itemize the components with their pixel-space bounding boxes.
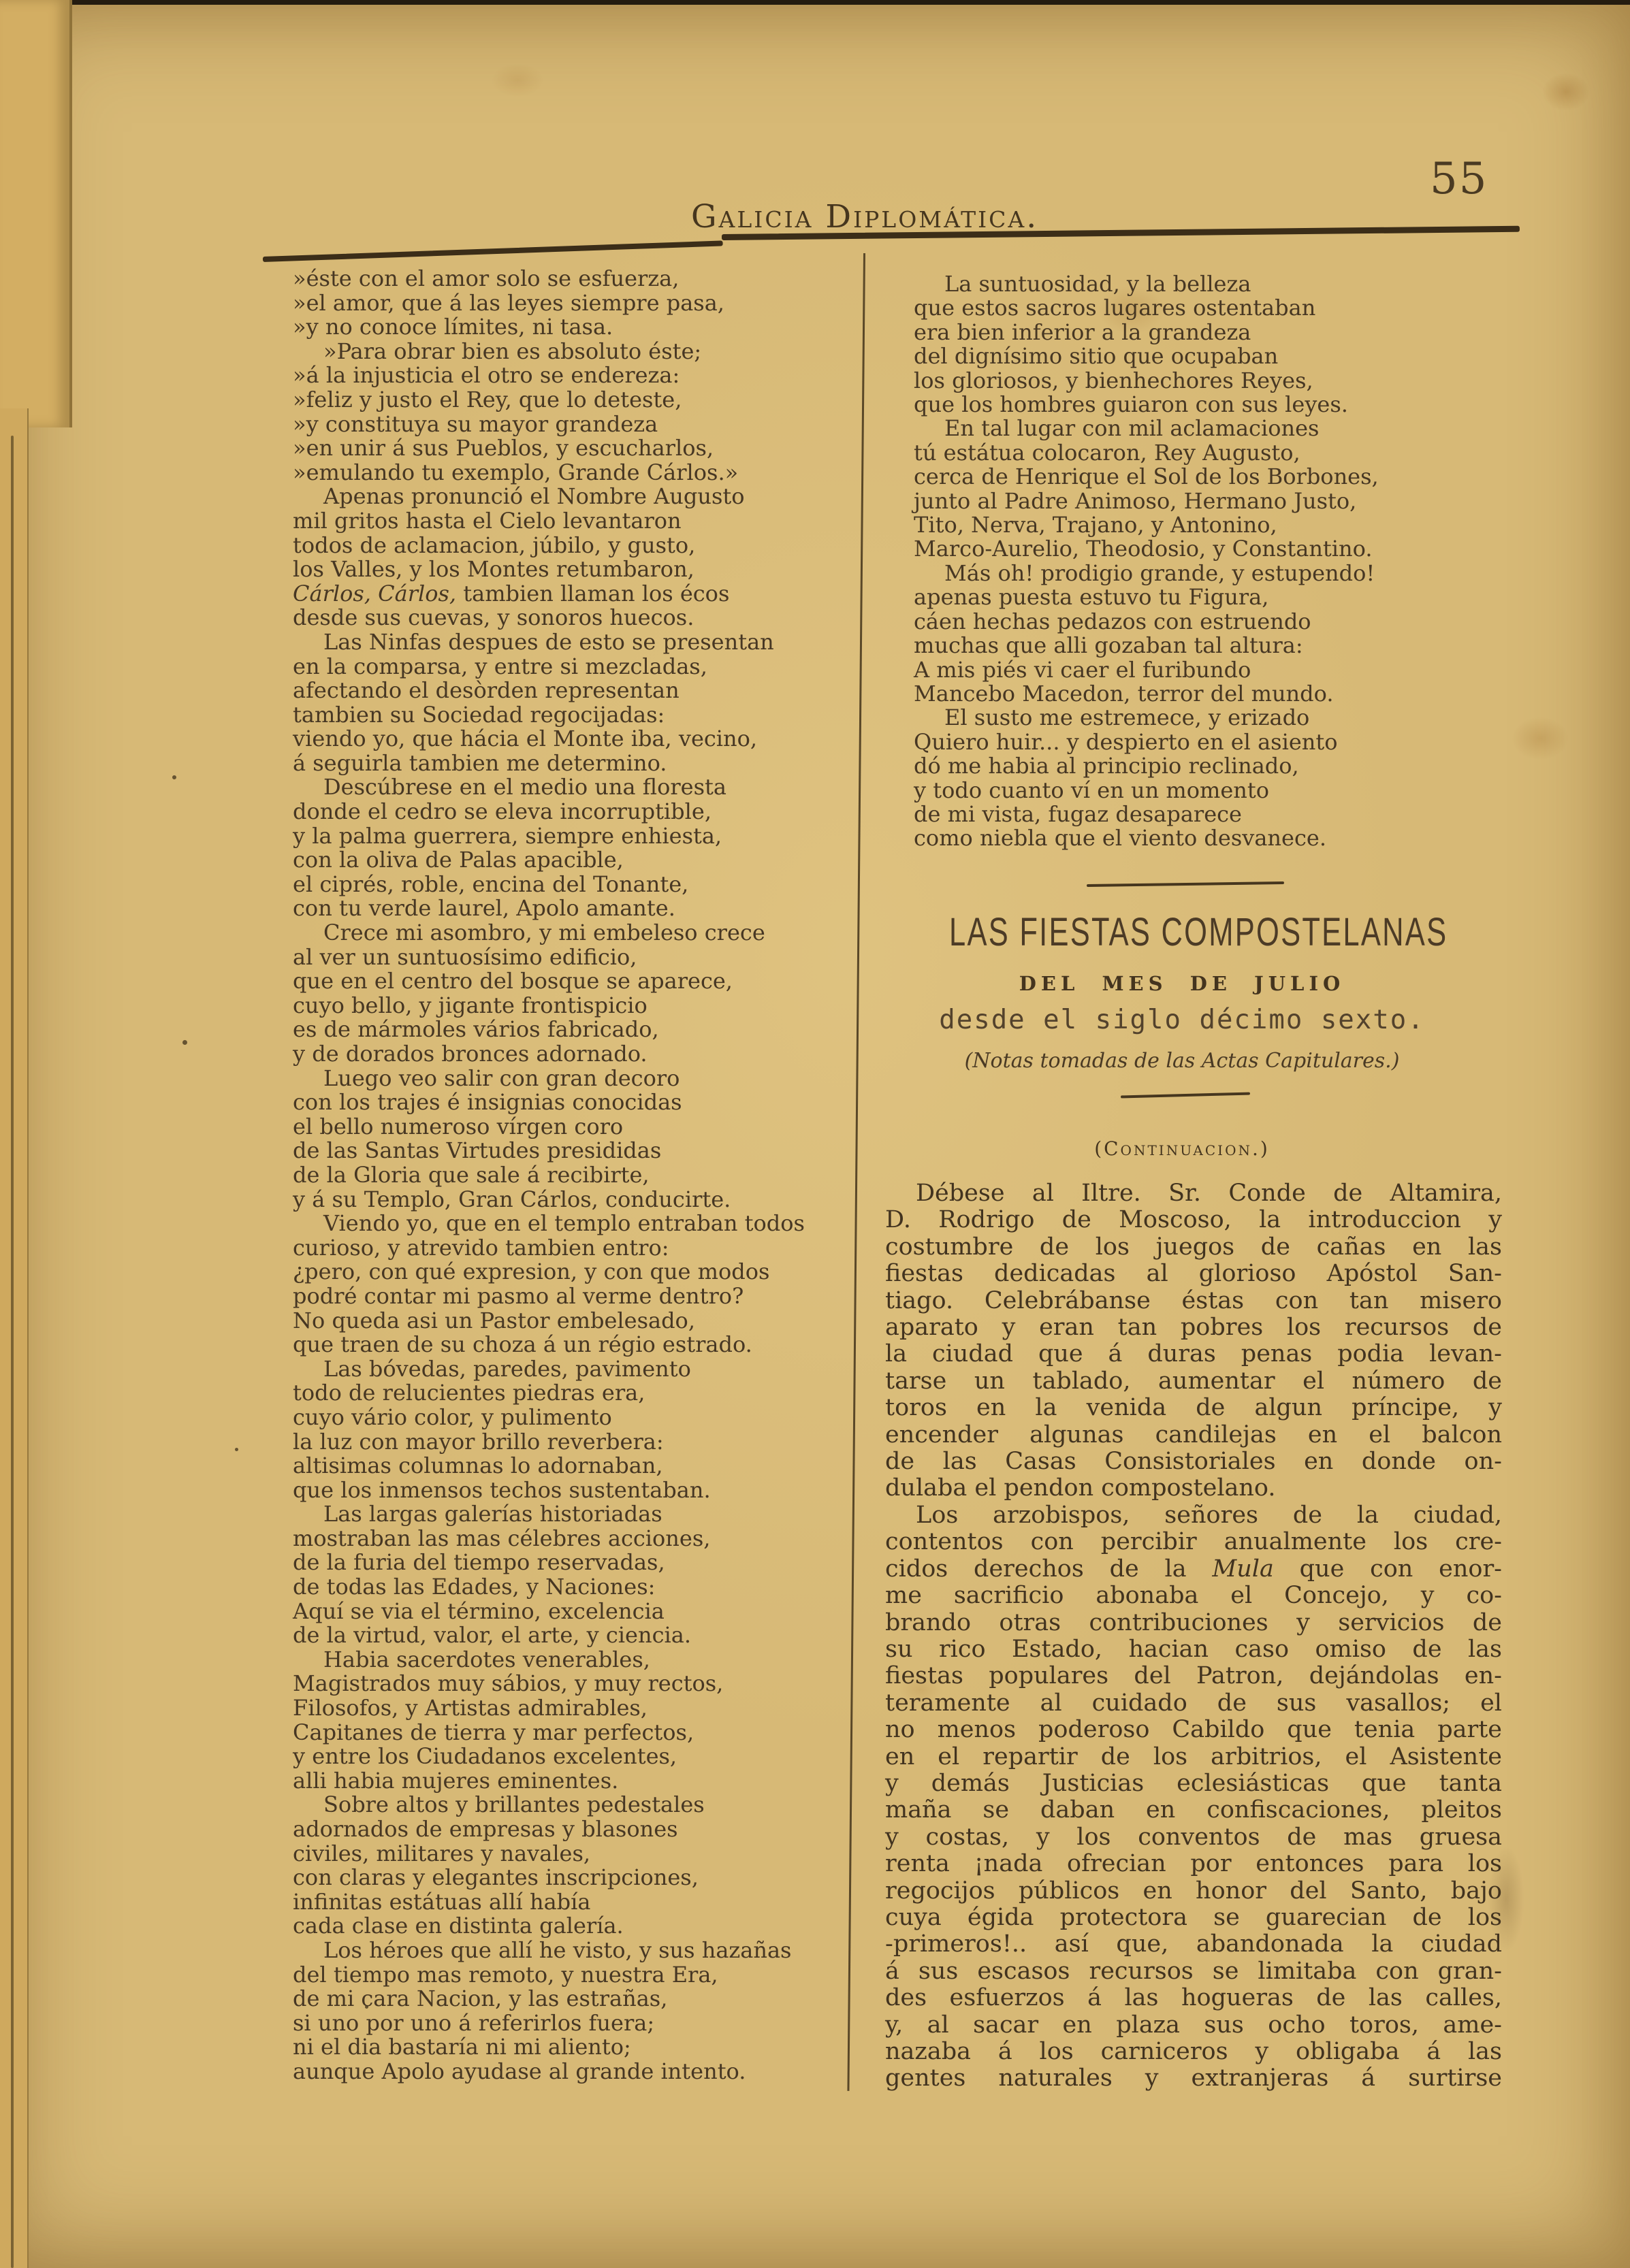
line-indent <box>293 1957 323 1958</box>
text-segment: que traen de su choza á un régio estrado… <box>293 1331 752 1357</box>
line-indent <box>885 1522 916 1523</box>
text-segment: Mancebo Macedon, terror del mundo. <box>914 681 1334 707</box>
italic-text: Cárlos, Cárlos, <box>293 581 456 606</box>
text-segment: »éste con el amor solo se esfuerza, <box>293 265 679 291</box>
italic-text: Mula <box>1212 1555 1273 1583</box>
text-segment: Los arzobispos, señores de la ciudad, <box>916 1502 1502 1529</box>
prose-line: y, al sacar en plaza sus ocho toros, ame… <box>885 2012 1502 2039</box>
text-segment: la luz con mayor brillo reverbera: <box>293 1429 664 1455</box>
text-segment: y, al sacar en plaza sus ocho toros, ame… <box>885 2011 1502 2039</box>
poem-line: En tal lugar con mil aclamaciones <box>914 417 1499 440</box>
text-segment: todo de relucientes piedras era, <box>293 1380 645 1406</box>
poem-line: que traen de su choza á un régio estrado… <box>293 1333 818 1357</box>
text-segment: No queda asi un Pastor embelesado, <box>293 1308 695 1333</box>
text-segment: renta ¡nada ofrecian por entonces para l… <box>885 1850 1502 1877</box>
text-segment: tambien llaman los écos <box>456 581 729 606</box>
text-segment: á sus escasos recursos se limitaba con g… <box>885 1958 1502 1985</box>
poem-line: tú estátua colocaron, Rey Augusto, <box>914 441 1499 465</box>
text-segment: cuyo vário color, y pulimento <box>293 1404 612 1430</box>
poem-line: adornados de empresas y blasones <box>293 1817 818 1842</box>
poem-line: cuyo bello, y jigante frontispicio <box>293 994 818 1018</box>
text-segment: contentos con percibir anualmente los cr… <box>885 1528 1502 1555</box>
text-segment: y entre los Ciudadanos excelentes, <box>293 1743 677 1769</box>
poem-line: infinitas estátuas allí había <box>293 1890 818 1915</box>
masthead-title: Galicia Diplomática. <box>691 198 1038 236</box>
poem-line: viendo yo, que hácia el Monte iba, vecin… <box>293 727 818 751</box>
poem-line: del dignísimo sitio que ocupaban <box>914 344 1499 368</box>
prose-line: en el repartir de los arbitrios, el Asis… <box>885 1744 1502 1770</box>
text-segment: Apenas pronunció el Nombre Augusto <box>323 483 744 509</box>
poem-line: Magistrados muy sábios, y muy rectos, <box>293 1672 818 1696</box>
poem-line: Capitanes de tierra y mar perfectos, <box>293 1721 818 1745</box>
text-segment: Magistrados muy sábios, y muy rectos, <box>293 1670 723 1696</box>
prose-line: -primeros!.. así que, abandonada la ciud… <box>885 1931 1502 1958</box>
text-segment: con la oliva de Palas apacible, <box>293 847 624 873</box>
poem-line: Quiero huir... y despierto en el asiento <box>914 730 1499 754</box>
text-segment: »Para obrar bien es absoluto éste; <box>323 338 701 364</box>
text-segment: Sobre altos y brillantes pedestales <box>323 1792 705 1817</box>
text-segment: de mi vista, fugaz desaparece <box>914 801 1242 827</box>
text-segment: toros en la venida de algun príncipe, y <box>885 1394 1502 1421</box>
text-segment: Viendo yo, que en el templo entraban tod… <box>323 1210 805 1236</box>
text-segment: cidos derechos de la <box>885 1555 1212 1583</box>
line-indent <box>293 1811 323 1812</box>
poem-line: de la Gloria que sale á recibirte, <box>293 1163 818 1188</box>
poem-line: que los inmensos techos sustentaban. <box>293 1478 818 1503</box>
poem-line: Más oh! prodigio grande, y estupendo! <box>914 562 1499 585</box>
text-segment: del tiempo mas remoto, y nuestra Era, <box>293 1962 718 1988</box>
text-segment: que los hombres guiaron con sus leyes. <box>914 391 1348 417</box>
poem-line: curioso, y atrevido tambien entro: <box>293 1236 818 1261</box>
text-segment: de las Santas Virtudes presididas <box>293 1137 661 1163</box>
prose-line: su rico Estado, hacian caso omiso de las <box>885 1636 1502 1663</box>
text-segment: aunque Apolo ayudase al grande intento. <box>293 2058 746 2084</box>
right-column-poem: La suntuosidad, y la bellezaque estos sa… <box>914 272 1499 851</box>
line-indent <box>914 291 944 291</box>
prose-line: brando otras contribuciones y servicios … <box>885 1610 1502 1636</box>
poem-line: altisimas columnas lo adornaban, <box>293 1454 818 1478</box>
ink-speck <box>235 1448 238 1451</box>
poem-line: y todo cuanto ví en un momento <box>914 779 1499 803</box>
poem-line: todo de relucientes piedras era, <box>293 1381 818 1406</box>
text-segment: Más oh! prodigio grande, y estupendo! <box>944 560 1375 586</box>
poem-line: como niebla que el viento desvanece. <box>914 826 1499 850</box>
text-segment: »á la injusticia el otro se endereza: <box>293 362 680 388</box>
text-segment: y demás Justicias eclesiásticas que tant… <box>885 1770 1502 1797</box>
prose-line: y costas, y los conventos de mas gruesa <box>885 1824 1502 1851</box>
text-segment: »feliz y justo el Rey, que lo deteste, <box>293 387 682 412</box>
poem-line: de todas las Edades, y Naciones: <box>293 1575 818 1600</box>
prose-line: cidos derechos de la Mula que con enor- <box>885 1556 1502 1583</box>
text-segment: alli habia mujeres eminentes. <box>293 1768 618 1794</box>
poem-line: de la virtud, valor, el arte, y ciencia. <box>293 1623 818 1648</box>
poem-line: aunque Apolo ayudase al grande intento. <box>293 2060 818 2084</box>
text-segment: y de dorados bronces adornado. <box>293 1041 648 1067</box>
text-segment: me sacrificio abonaba el Concejo, y co- <box>885 1582 1502 1609</box>
text-segment: ¿pero, con qué expresion, y con que modo… <box>293 1259 769 1284</box>
section-subtitle: DEL MES DE JULIO <box>866 972 1498 995</box>
text-segment: de todas las Edades, y Naciones: <box>293 1574 655 1600</box>
poem-line: Las largas galerías historiadas <box>293 1502 818 1527</box>
prose-line: renta ¡nada ofrecian por entonces para l… <box>885 1851 1502 1877</box>
text-segment: tú estátua colocaron, Rey Augusto, <box>914 440 1300 466</box>
poem-line: mostraban las mas célebres acciones, <box>293 1527 818 1551</box>
text-segment: todos de aclamacion, júbilo, y gusto, <box>293 532 695 558</box>
text-segment: gentes naturales y extranjeras á surtirs… <box>885 2064 1502 2092</box>
text-segment: mil gritos hasta el Cielo levantaron <box>293 508 682 534</box>
poem-line: era bien inferior a la grandeza <box>914 321 1499 344</box>
poem-line: cerca de Henrique el Sol de los Borbones… <box>914 465 1499 489</box>
text-segment: de mi cara Nacion, y las estrañas, <box>293 1986 667 2011</box>
poem-line: Luego veo salir con gran decoro <box>293 1067 818 1091</box>
prose-line: cuya égida protectora se guarecian de lo… <box>885 1905 1502 1931</box>
text-segment: no menos poderoso Cabildo que tenia part… <box>885 1716 1502 1743</box>
line-indent <box>293 503 323 504</box>
text-segment: tiago. Celebrábanse éstas con tan misero <box>885 1287 1502 1314</box>
scan-top-edge <box>0 0 1630 5</box>
text-segment: encender algunas candilejas en el balcon <box>885 1421 1502 1448</box>
text-segment: viendo yo, que hácia el Monte iba, vecin… <box>293 726 757 751</box>
poem-line: de la furia del tiempo reservadas, <box>293 1551 818 1575</box>
poem-line: que en el centro del bosque se aparece, <box>293 969 818 994</box>
text-segment: de la furia del tiempo reservadas, <box>293 1549 665 1575</box>
text-segment: la ciudad que á duras penas podia levan- <box>885 1340 1502 1367</box>
prose-line: Débese al Iltre. Sr. Conde de Altamira, <box>885 1180 1502 1207</box>
poem-line: de mi vista, fugaz desaparece <box>914 803 1499 826</box>
text-segment: »y constituya su mayor grandeza <box>293 411 658 437</box>
text-segment: curioso, y atrevido tambien entro: <box>293 1235 669 1261</box>
poem-line: Apenas pronunció el Nombre Augusto <box>293 485 818 509</box>
poem-line: al ver un suntuosísimo edificio, <box>293 945 818 970</box>
line-indent <box>293 1085 323 1086</box>
poem-line: en la comparsa, y entre si mezcladas, <box>293 655 818 679</box>
poem-line: Mancebo Macedon, terror del mundo. <box>914 682 1499 706</box>
text-segment: mostraban las mas célebres acciones, <box>293 1525 710 1551</box>
text-segment: del dignísimo sitio que ocupaban <box>914 343 1278 369</box>
page-number: 55 <box>1430 154 1488 204</box>
text-segment: Capitanes de tierra y mar perfectos, <box>293 1719 694 1745</box>
poem-line: que estos sacros lugares ostentaban <box>914 296 1499 320</box>
prose-line: no menos poderoso Cabildo que tenia part… <box>885 1717 1502 1743</box>
prose-line: teramente al cuidado de sus vasallos; el <box>885 1690 1502 1717</box>
poem-line: tambien su Sociedad regocijadas: <box>293 703 818 728</box>
text-segment: que con enor- <box>1274 1555 1502 1583</box>
prose-line: nazaba á los carniceros y obligaba á las <box>885 2039 1502 2065</box>
poem-line: y á su Templo, Gran Cárlos, conducirte. <box>293 1188 818 1212</box>
text-segment: »y no conoce límites, ni tasa. <box>293 314 613 340</box>
poem-line: de las Santas Virtudes presididas <box>293 1139 818 1163</box>
text-segment: dulaba el pendon compostelano. <box>885 1474 1276 1502</box>
poem-line: Sobre altos y brillantes pedestales <box>293 1793 818 1817</box>
poem-line: dó me habia al principio reclinado, <box>914 754 1499 778</box>
poem-line: con claras y elegantes inscripciones, <box>293 1866 818 1890</box>
poem-line: muchas que alli gozaban tal altura: <box>914 634 1499 658</box>
poem-line: A mis piés vi caer el furibundo <box>914 658 1499 682</box>
poem-line: Habia sacerdotes venerables, <box>293 1648 818 1672</box>
prose-line: D. Rodrigo de Moscoso, la introduccion y <box>885 1207 1502 1233</box>
poem-line: Tito, Nerva, Trajano, y Antonino, <box>914 513 1499 537</box>
scanned-periodical-page: Galicia Diplomática. 55 »éste con el amo… <box>0 0 1630 2268</box>
poem-line: el bello numeroso vírgen coro <box>293 1115 818 1139</box>
poem-line: Las Ninfas despues de esto se presentan <box>293 630 818 655</box>
text-segment: en el repartir de los arbitrios, el Asis… <box>885 1743 1502 1770</box>
text-segment: D. Rodrigo de Moscoso, la introduccion y <box>885 1206 1502 1233</box>
text-segment: desde sus cuevas, y sonoros huecos. <box>293 604 694 630</box>
prose-line: regocijos públicos en honor del Santo, b… <box>885 1878 1502 1905</box>
text-segment: regocijos públicos en honor del Santo, b… <box>885 1877 1502 1905</box>
text-segment: Los héroes que allí he visto, y sus haza… <box>323 1937 791 1963</box>
text-segment: dó me habia al principio reclinado, <box>914 753 1299 779</box>
line-indent <box>885 1200 916 1201</box>
poem-line: con tu verde laurel, Apolo amante. <box>293 896 818 921</box>
line-indent <box>293 1666 323 1667</box>
text-segment: maña se daban en confiscaciones, pleitos <box>885 1796 1502 1824</box>
text-segment: ni el dia bastaría ni mi aliento; <box>293 2034 631 2060</box>
text-segment: de la Gloria que sale á recibirte, <box>293 1162 650 1188</box>
prose-line: á sus escasos recursos se limitaba con g… <box>885 1958 1502 1985</box>
prose-line: encender algunas candilejas en el balcon <box>885 1422 1502 1448</box>
text-segment: costumbre de los juegos de cañas en las <box>885 1233 1502 1261</box>
poem-line: de mi cara Nacion, y las estrañas, <box>293 1987 818 2011</box>
text-segment: con los trajes é insignias conocidas <box>293 1089 682 1115</box>
poem-line: es de mármoles vários fabricado, <box>293 1018 818 1042</box>
text-segment: La suntuosidad, y la belleza <box>944 271 1251 297</box>
poem-line: Viendo yo, que en el templo entraban tod… <box>293 1212 818 1236</box>
binding-crease-line <box>11 436 14 2268</box>
poem-line: podré contar mi pasmo al verme dentro? <box>293 1284 818 1309</box>
prose-line: toros en la venida de algun príncipe, y <box>885 1395 1502 1421</box>
poem-line: los Valles, y los Montes retumbaron, <box>293 557 818 582</box>
poem-line: civiles, militares y navales, <box>293 1842 818 1866</box>
poem-line: cada clase en distinta galería. <box>293 1914 818 1939</box>
poem-line: donde el cedro se eleva incorruptible, <box>293 800 818 824</box>
text-segment: Quiero huir... y despierto en el asiento <box>914 729 1337 755</box>
text-segment: y todo cuanto ví en un momento <box>914 777 1269 803</box>
column-divider-rule <box>847 253 865 2091</box>
poem-line: La suntuosidad, y la belleza <box>914 272 1499 296</box>
text-segment: apenas puesta estuvo tu Figura, <box>914 584 1268 610</box>
text-segment: El susto me estremece, y erizado <box>944 704 1309 730</box>
prose-line: contentos con percibir anualmente los cr… <box>885 1529 1502 1555</box>
text-segment: Las Ninfas despues de esto se presentan <box>323 629 774 655</box>
text-segment: los Valles, y los Montes retumbaron, <box>293 556 694 582</box>
text-segment: teramente al cuidado de sus vasallos; el <box>885 1689 1502 1717</box>
binding-under-page-edge-lower <box>0 408 29 2268</box>
poem-line: »feliz y justo el Rey, que lo deteste, <box>293 388 818 412</box>
text-segment: en la comparsa, y entre si mezcladas, <box>293 653 707 679</box>
poem-line: »el amor, que á las leyes siempre pasa, <box>293 291 818 316</box>
prose-line: aparato y eran tan pobres los recursos d… <box>885 1314 1502 1341</box>
prose-line: tarse un tablado, aumentar el número de <box>885 1368 1502 1395</box>
poem-line: »y constituya su mayor grandeza <box>293 412 818 437</box>
text-segment: Tito, Nerva, Trajano, y Antonino, <box>914 512 1277 538</box>
poem-line: »éste con el amor solo se esfuerza, <box>293 267 818 291</box>
prose-line: de las Casas Consistoriales en donde on- <box>885 1448 1502 1475</box>
text-segment: podré contar mi pasmo al verme dentro? <box>293 1283 744 1309</box>
text-segment: »emulando tu exemplo, Grande Cárlos.» <box>293 459 738 485</box>
poem-line: »emulando tu exemplo, Grande Cárlos.» <box>293 461 818 485</box>
poem-line: á seguirla tambien me determino. <box>293 751 818 776</box>
text-segment: y costas, y los conventos de mas gruesa <box>885 1824 1502 1851</box>
text-segment: de la virtud, valor, el arte, y ciencia. <box>293 1622 691 1648</box>
prose-line: fiestas dedicadas al glorioso Apóstol Sa… <box>885 1261 1502 1287</box>
poem-line: mil gritos hasta el Cielo levantaron <box>293 509 818 534</box>
section-title: LAS FIESTAS COMPOSTELANAS <box>866 909 1498 955</box>
text-segment: con tu verde laurel, Apolo amante. <box>293 895 675 921</box>
text-segment: que los inmensos techos sustentaban. <box>293 1477 711 1503</box>
prose-line: maña se daban en confiscaciones, pleitos <box>885 1797 1502 1824</box>
text-segment: que en el centro del bosque se aparece, <box>293 968 733 994</box>
text-segment: tarse un tablado, aumentar el número de <box>885 1367 1502 1395</box>
line-indent <box>293 939 323 940</box>
poem-line: Aquí se via el término, excelencia <box>293 1600 818 1624</box>
text-segment: al ver un suntuosísimo edificio, <box>293 944 637 970</box>
poem-line: con los trajes é insignias conocidas <box>293 1090 818 1115</box>
text-segment: como niebla que el viento desvanece. <box>914 825 1326 851</box>
poem-line: del tiempo mas remoto, y nuestra Era, <box>293 1963 818 1988</box>
text-segment: Débese al Iltre. Sr. Conde de Altamira, <box>916 1180 1502 1207</box>
text-segment: civiles, militares y navales, <box>293 1841 590 1866</box>
ink-speck <box>182 1040 187 1045</box>
text-segment: tambien su Sociedad regocijadas: <box>293 702 665 728</box>
text-segment: infinitas estátuas allí había <box>293 1889 590 1915</box>
section-divider-rule-bottom <box>1121 1092 1250 1099</box>
poem-line: que los hombres guiaron con sus leyes. <box>914 393 1499 417</box>
poem-line: »á la injusticia el otro se endereza: <box>293 363 818 388</box>
section-title-text: LAS FIESTAS COMPOSTELANAS <box>949 909 1448 955</box>
text-segment: brando otras contribuciones y servicios … <box>885 1609 1502 1636</box>
text-segment: En tal lugar con mil aclamaciones <box>944 415 1319 441</box>
text-segment: es de mármoles vários fabricado, <box>293 1016 659 1042</box>
header-rule-left-segment <box>263 240 723 262</box>
text-segment: á seguirla tambien me determino. <box>293 750 667 776</box>
poem-line: Filosofos, y Artistas admirables, <box>293 1696 818 1721</box>
poem-line: desde sus cuevas, y sonoros huecos. <box>293 606 818 630</box>
poem-line: la luz con mayor brillo reverbera: <box>293 1430 818 1455</box>
poem-line: Las bóvedas, paredes, pavimento <box>293 1357 818 1382</box>
poem-line: »y no conoce límites, ni tasa. <box>293 315 818 340</box>
text-segment: y á su Templo, Gran Cárlos, conducirte. <box>293 1186 731 1212</box>
text-segment: adornados de empresas y blasones <box>293 1816 678 1842</box>
line-indent <box>293 1376 323 1376</box>
left-column-poem: »éste con el amor solo se esfuerza,»el a… <box>293 267 818 2084</box>
poem-line: los gloriosos, y bienhechores Reyes, <box>914 369 1499 393</box>
text-segment: Crece mi asombro, y mi embeleso crece <box>323 920 765 945</box>
section-subtitle-2: desde el siglo décimo sexto. <box>866 1005 1498 1035</box>
text-segment: »en unir á sus Pueblos, y escucharlos, <box>293 435 714 461</box>
text-segment: nazaba á los carniceros y obligaba á las <box>885 2038 1502 2065</box>
text-segment: cuyo bello, y jigante frontispicio <box>293 992 648 1018</box>
text-segment: y la palma guerrera, siempre enhiesta, <box>293 823 722 849</box>
poem-line: cuyo vário color, y pulimento <box>293 1406 818 1430</box>
line-indent <box>293 1230 323 1231</box>
poem-line: El susto me estremece, y erizado <box>914 706 1499 730</box>
poem-line: »en unir á sus Pueblos, y escucharlos, <box>293 436 818 461</box>
prose-line: la ciudad que á duras penas podia levan- <box>885 1341 1502 1367</box>
poem-line: junto al Padre Animoso, Hermano Justo, <box>914 489 1499 513</box>
line-indent <box>293 358 323 359</box>
text-segment: aparato y eran tan pobres los recursos d… <box>885 1314 1502 1341</box>
poem-line: si uno por uno á referirlos fuera; <box>293 2011 818 2036</box>
text-segment: los gloriosos, y bienhechores Reyes, <box>914 368 1313 393</box>
poem-line: cáen hechas pedazos con estruendo <box>914 610 1499 634</box>
text-segment: Aquí se via el término, excelencia <box>293 1598 665 1624</box>
ink-speck <box>172 775 176 779</box>
poem-line: ni el dia bastaría ni mi aliento; <box>293 2035 818 2060</box>
line-indent <box>914 724 944 725</box>
text-segment: con claras y elegantes inscripciones, <box>293 1864 699 1890</box>
text-segment: de las Casas Consistoriales en donde on- <box>885 1448 1502 1475</box>
binding-under-page-edge <box>0 0 72 427</box>
text-segment: »el amor, que á las leyes siempre pasa, <box>293 290 724 316</box>
poem-line: y entre los Ciudadanos excelentes, <box>293 1745 818 1769</box>
section-divider-rule-top <box>1087 881 1284 887</box>
text-segment: Habia sacerdotes venerables, <box>323 1647 650 1672</box>
poem-line: No queda asi un Pastor embelesado, <box>293 1309 818 1333</box>
text-segment: fiestas dedicadas al glorioso Apóstol Sa… <box>885 1260 1502 1287</box>
prose-line: y demás Justicias eclesiásticas que tant… <box>885 1770 1502 1797</box>
text-segment: Las largas galerías historiadas <box>323 1501 662 1527</box>
poem-line: »Para obrar bien es absoluto éste; <box>293 340 818 364</box>
text-segment: el bello numeroso vírgen coro <box>293 1114 623 1139</box>
line-indent <box>293 1521 323 1521</box>
poem-line: Cárlos, Cárlos, tambien llaman los écos <box>293 582 818 606</box>
prose-line: fiestas populares del Patron, dejándolas… <box>885 1663 1502 1689</box>
prose-line: des esfuerzos á las hogueras de las call… <box>885 1985 1502 2011</box>
text-segment: era bien inferior a la grandeza <box>914 319 1251 345</box>
prose-line: tiago. Celebrábanse éstas con tan misero <box>885 1288 1502 1314</box>
text-segment: el ciprés, roble, encina del Tonante, <box>293 871 688 897</box>
text-segment: fiestas populares del Patron, dejándolas… <box>885 1662 1502 1689</box>
poem-line: todos de aclamacion, júbilo, y gusto, <box>293 534 818 558</box>
poem-line: apenas puesta estuvo tu Figura, <box>914 585 1499 609</box>
section-source-note: (Notas tomadas de las Actas Capitulares.… <box>866 1049 1498 1073</box>
text-segment: junto al Padre Animoso, Hermano Justo, <box>914 488 1356 514</box>
line-indent <box>914 435 944 436</box>
prose-line: costumbre de los juegos de cañas en las <box>885 1234 1502 1261</box>
text-segment: donde el cedro se eleva incorruptible, <box>293 798 712 824</box>
text-segment: altisimas columnas lo adornaban, <box>293 1453 663 1478</box>
poem-line: ¿pero, con qué expresion, y con que modo… <box>293 1260 818 1284</box>
text-segment: Descúbrese en el medio una floresta <box>323 774 726 800</box>
text-segment: Marco-Aurelio, Theodosio, y Constantino. <box>914 536 1373 562</box>
text-segment: cáen hechas pedazos con estruendo <box>914 609 1311 634</box>
text-segment: cuya égida protectora se guarecian de lo… <box>885 1904 1502 1931</box>
text-segment: des esfuerzos á las hogueras de las call… <box>885 1984 1502 2011</box>
poem-line: y la palma guerrera, siempre enhiesta, <box>293 824 818 849</box>
text-segment: Filosofos, y Artistas admirables, <box>293 1695 648 1721</box>
poem-line: afectando el desòrden representan <box>293 679 818 703</box>
text-segment: que estos sacros lugares ostentaban <box>914 295 1315 321</box>
poem-line: Descúbrese en el medio una floresta <box>293 775 818 800</box>
prose-line: gentes naturales y extranjeras á surtirs… <box>885 2065 1502 2092</box>
text-segment: su rico Estado, hacian caso omiso de las <box>885 1636 1502 1663</box>
line-indent <box>914 580 944 581</box>
poem-line: Marco-Aurelio, Theodosio, y Constantino. <box>914 537 1499 561</box>
text-segment: muchas que alli gozaban tal altura: <box>914 632 1303 658</box>
text-segment: -primeros!.. así que, abandonada la ciud… <box>885 1930 1502 1958</box>
text-segment: cada clase en distinta galería. <box>293 1913 624 1939</box>
poem-line: y de dorados bronces adornado. <box>293 1042 818 1067</box>
text-segment: cerca de Henrique el Sol de los Borbones… <box>914 464 1379 489</box>
poem-line: con la oliva de Palas apacible, <box>293 848 818 873</box>
text-segment: afectando el desòrden representan <box>293 677 680 703</box>
poem-line: alli habia mujeres eminentes. <box>293 1769 818 1794</box>
text-segment: Luego veo salir con gran decoro <box>323 1065 680 1091</box>
prose-line: me sacrificio abonaba el Concejo, y co- <box>885 1583 1502 1609</box>
continuation-label: (Continuacion.) <box>866 1137 1498 1160</box>
prose-line: Los arzobispos, señores de la ciudad, <box>885 1502 1502 1529</box>
